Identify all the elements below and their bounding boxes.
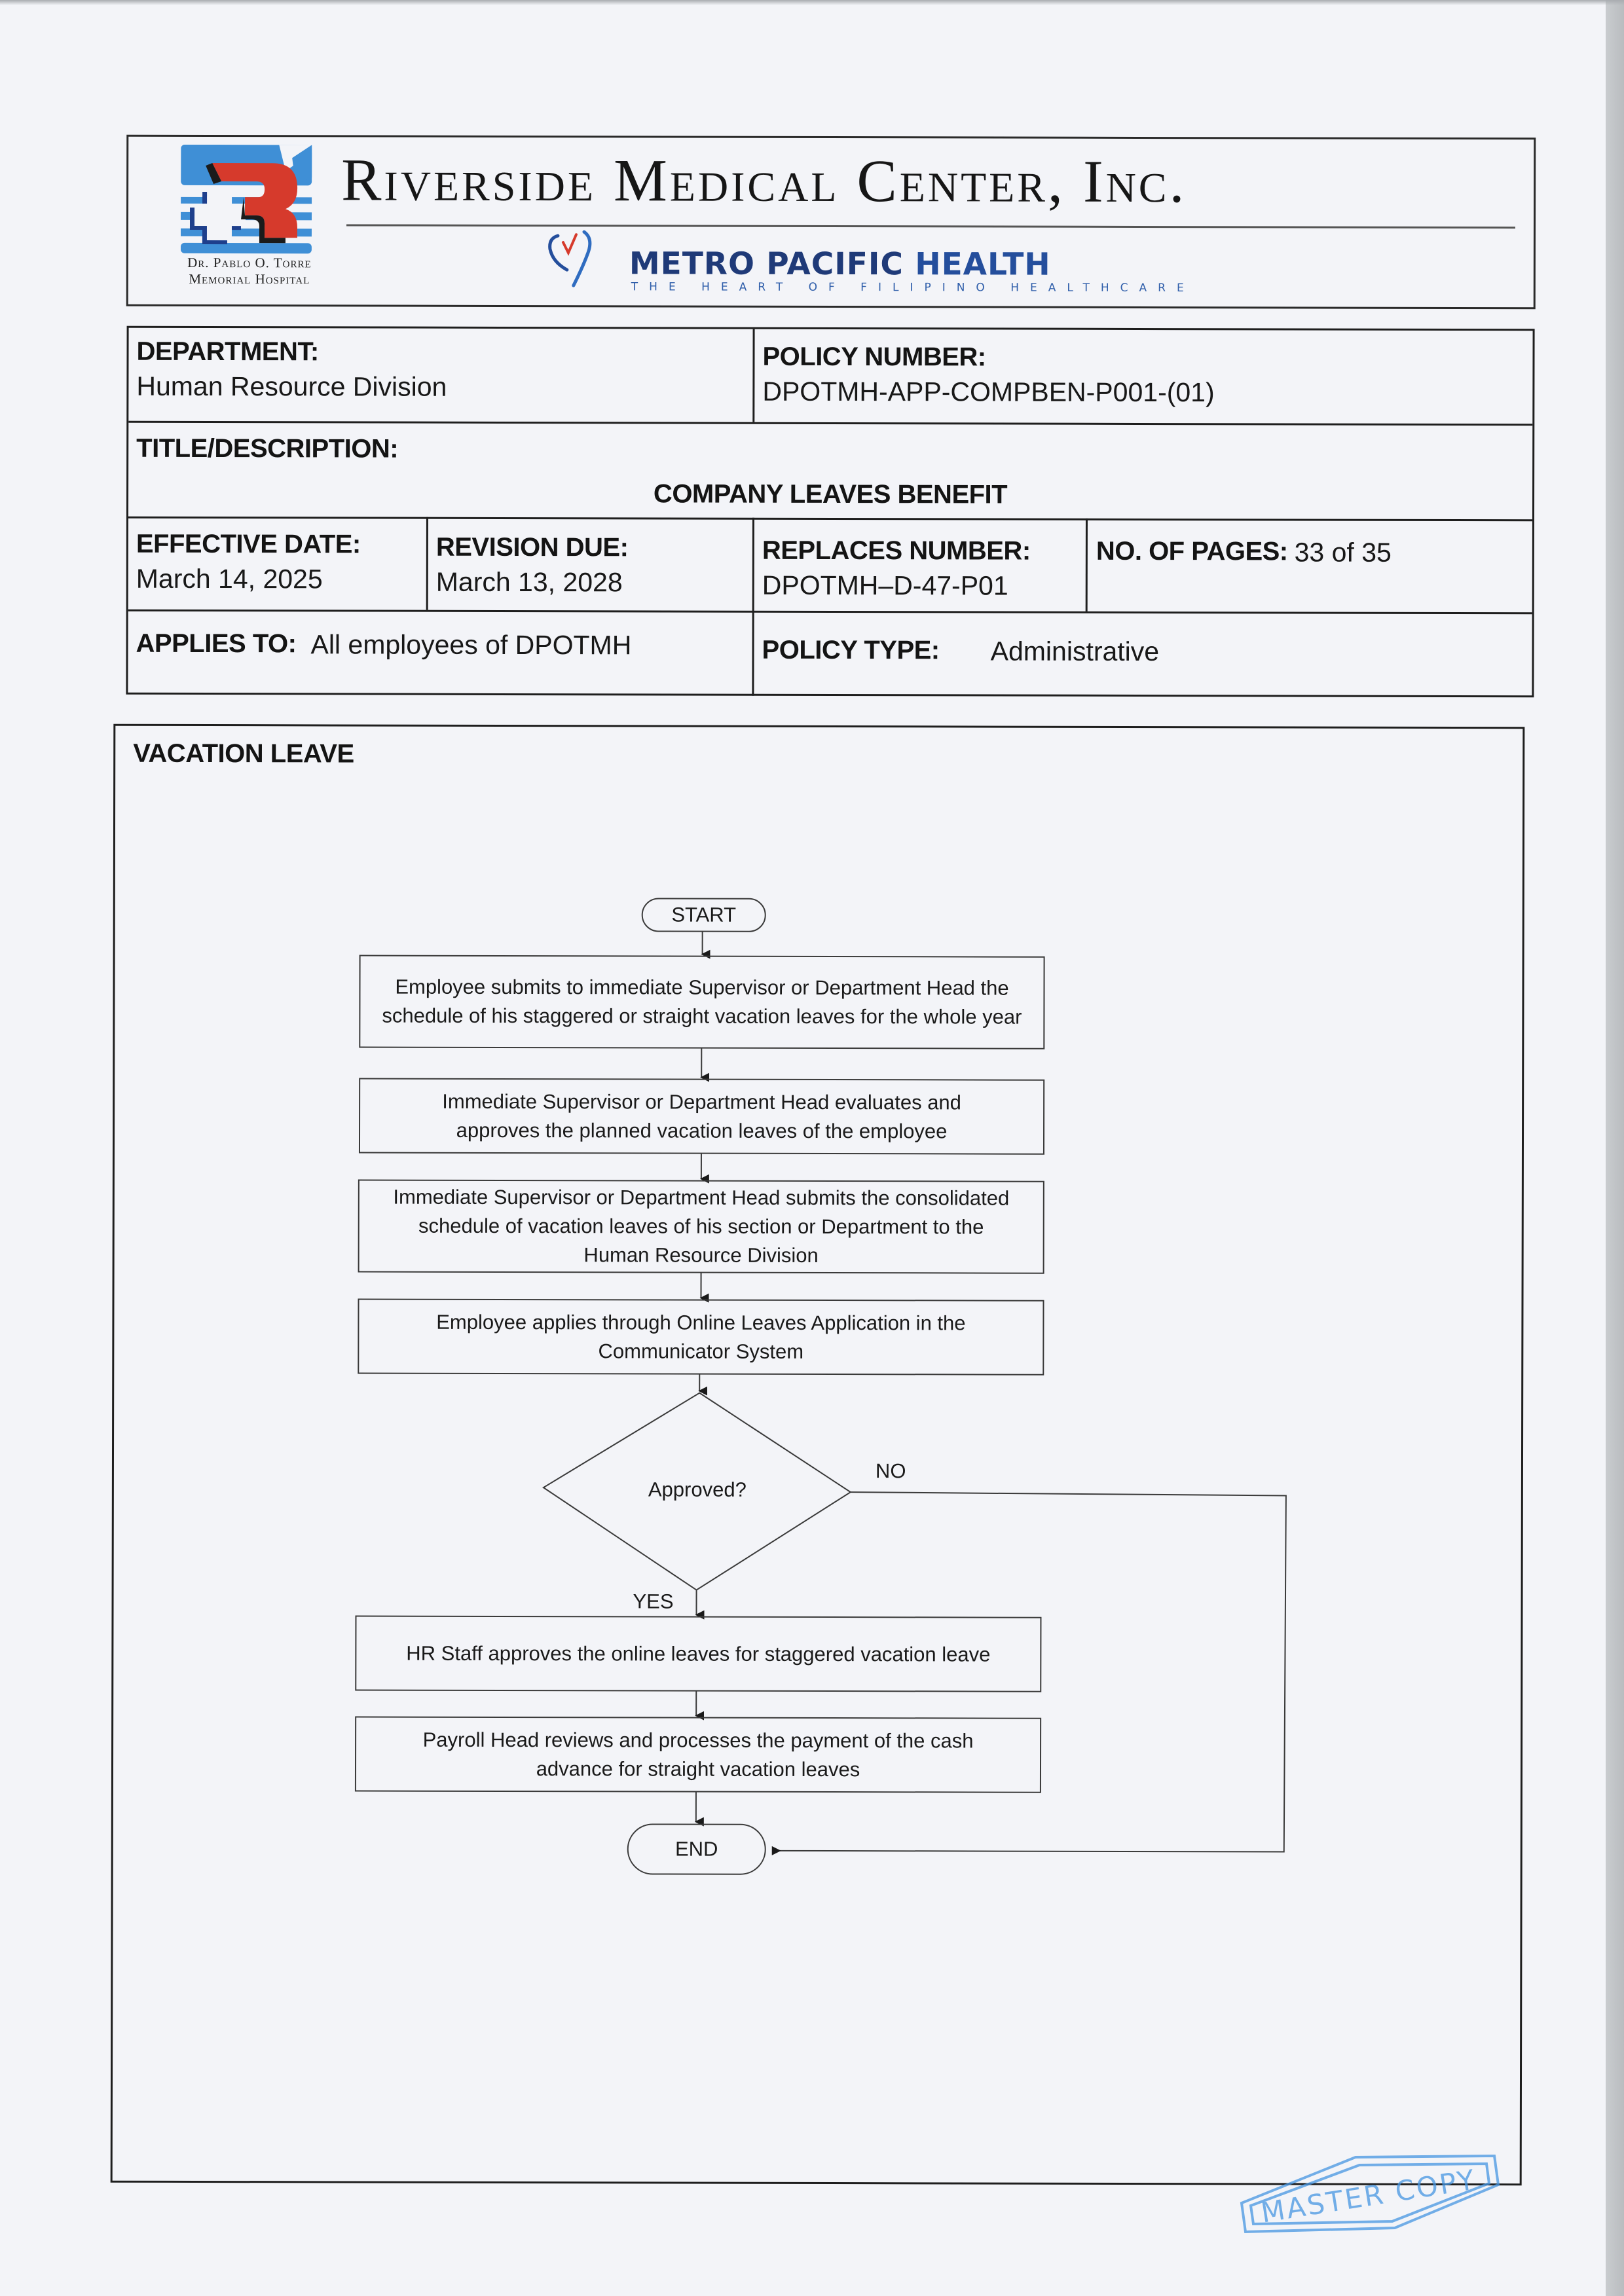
partner-name-part1: METRO PACIFIC — [629, 246, 904, 282]
title-label-cell: TITLE/DESCRIPTION: — [136, 433, 398, 465]
department-value: Human Resource Division — [136, 370, 447, 403]
effective-date-cell: EFFECTIVE DATE: March 14, 2025 — [136, 528, 361, 596]
step-5-text: HR Staff approves the online leaves for … — [356, 1616, 1041, 1692]
partner-name-part2: HEALTH — [915, 246, 1051, 282]
scan-edge — [1606, 0, 1624, 2296]
effective-date-value: March 14, 2025 — [136, 562, 361, 596]
partner-tagline: THE HEART OF FILIPINO HEALTHCARE — [631, 280, 1195, 295]
partner-name: METRO PACIFIC HEALTH — [629, 247, 1051, 281]
no-branch-label: NO — [876, 1459, 906, 1483]
revision-due-label: REVISION DUE: — [436, 532, 629, 564]
policy-type-value: Administrative — [991, 635, 1160, 668]
letterhead: Dr. Pablo O. Torre Memorial Hospital Riv… — [126, 135, 1536, 310]
decision-question: Approved? — [544, 1467, 851, 1513]
heart-logo-icon — [547, 229, 593, 288]
policy-info-table: DEPARTMENT: Human Resource Division POLI… — [126, 326, 1534, 698]
policy-number-value: DPOTMH-APP-COMPBEN-P001-(01) — [762, 375, 1214, 409]
applies-to-value: All employees of DPOTMH — [310, 628, 631, 661]
hospital-logo-icon — [181, 145, 318, 259]
policy-number-label: POLICY NUMBER: — [762, 341, 1214, 373]
effective-date-label: EFFECTIVE DATE: — [136, 528, 361, 560]
step-3-text: Immediate Supervisor or Department Head … — [359, 1180, 1044, 1273]
policy-number-cell: POLICY NUMBER: DPOTMH-APP-COMPBEN-P001-(… — [762, 341, 1214, 409]
hospital-name-caption: Dr. Pablo O. Torre Memorial Hospital — [155, 255, 344, 288]
revision-due-cell: REVISION DUE: March 13, 2028 — [436, 532, 629, 599]
title-value-cell: COMPANY LEAVES BENEFIT — [128, 477, 1532, 511]
policy-type-label: POLICY TYPE: — [762, 634, 940, 668]
start-label: START — [642, 898, 766, 931]
replaces-number-cell: REPLACES NUMBER: DPOTMH–D-47-P01 — [762, 535, 1031, 602]
revision-due-value: March 13, 2028 — [436, 566, 629, 599]
step-2-text: Immediate Supervisor or Department Head … — [360, 1079, 1044, 1154]
policy-title: COMPANY LEAVES BENEFIT — [128, 477, 1532, 511]
applies-to-label: APPLIES TO: — [136, 628, 297, 661]
policy-type-cell: POLICY TYPE: Administrative — [762, 634, 1160, 668]
pages-cell: NO. OF PAGES: 33 of 35 — [1096, 536, 1392, 569]
department-cell: DEPARTMENT: Human Resource Division — [136, 336, 447, 403]
replaces-number-label: REPLACES NUMBER: — [762, 535, 1031, 567]
replaces-number-value: DPOTMH–D-47-P01 — [762, 569, 1031, 602]
scan-shadow — [0, 0, 1624, 5]
end-label: END — [628, 1824, 766, 1874]
caption-line-1: Dr. Pablo O. Torre — [155, 255, 344, 272]
step-6-text: Payroll Head reviews and processes the p… — [356, 1717, 1041, 1793]
flowchart-diagram — [113, 726, 1524, 2185]
organization-name: Riverside Medical Center, Inc. — [341, 143, 1520, 218]
title-label: TITLE/DESCRIPTION: — [136, 433, 398, 465]
department-label: DEPARTMENT: — [136, 336, 447, 368]
pages-value: 33 of 35 — [1295, 536, 1392, 568]
pages-label: NO. OF PAGES: — [1096, 536, 1288, 569]
step-1-text: Employee submits to immediate Supervisor… — [360, 956, 1044, 1049]
step-4-text: Employee applies through Online Leaves A… — [358, 1300, 1043, 1375]
yes-branch-label: YES — [633, 1590, 673, 1613]
flowchart-section: VACATION LEAVE — [111, 724, 1525, 2186]
header-divider — [346, 224, 1515, 228]
applies-to-cell: APPLIES TO: All employees of DPOTMH — [136, 628, 632, 662]
caption-line-2: Memorial Hospital — [155, 271, 344, 288]
